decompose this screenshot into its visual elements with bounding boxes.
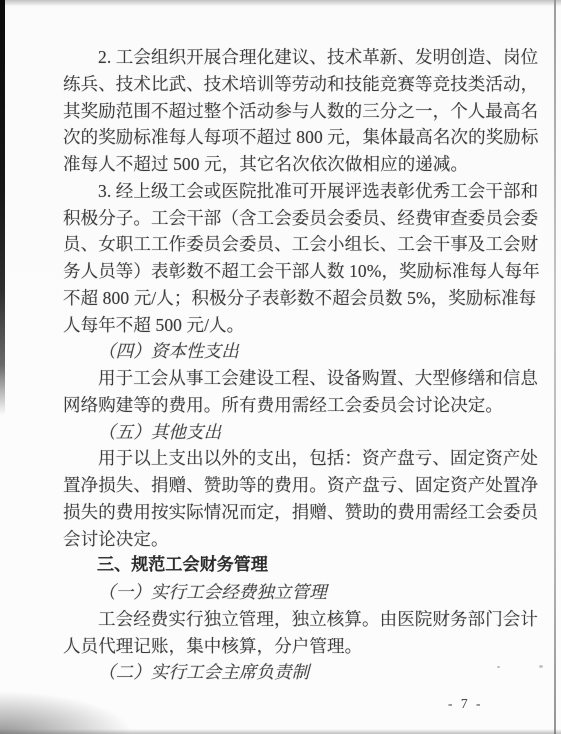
text-line: 员、女职工工作委员会委员、工会小组长、工会干事及工会财	[63, 231, 521, 258]
scan-bottom-shadow	[0, 729, 561, 734]
scan-top-shadow	[0, 0, 561, 6]
text-line: 用于以上支出以外的支出，包括：资产盘亏、固定资产处	[63, 445, 521, 472]
text-line: （二）实行工会主席负责制	[63, 659, 521, 686]
text-line: 其奖励范围不超过整个活动参与人数的三分之一，个人最高名	[63, 98, 521, 125]
text-line: 人每年不超 500 元/人。	[63, 312, 521, 339]
text-line: 用于工会从事工会建设工程、设备购置、大型修缮和信息	[63, 365, 521, 392]
text-line: 人员代理记账，集中核算，分户管理。	[63, 633, 521, 660]
scan-speck	[539, 665, 543, 668]
text-line: 准每人不超过 500 元，其它名次依次做相应的递减。	[63, 151, 521, 178]
text-line: 务人员等）表彰数不超工会干部人数 10%，奖励标准每人每年	[63, 258, 521, 285]
text-line: 置净损失、捐赠、赞助等的费用。资产盘亏、固定资产处置净	[63, 472, 521, 499]
document-text-block: 2. 工会组织开展合理化建议、技术革新、发明创造、岗位练兵、技术比武、技术培训等…	[63, 44, 521, 686]
text-line: 积极分子。工会干部（含工会委员会委员、经费审查委员会委	[63, 205, 521, 232]
text-line: 网络购建等的费用。所有费用需经工会委员会讨论决定。	[63, 392, 521, 419]
text-line: 不超 800 元/人；积极分子表彰数不超会员数 5%，奖励标准每	[63, 285, 521, 312]
text-line: 损失的费用按实际情况而定，捐赠、赞助的费用需经工会委员	[63, 499, 521, 526]
text-line: （一）实行工会经费独立管理	[63, 579, 521, 606]
text-line: 三、规范工会财务管理	[63, 552, 521, 579]
text-line: 工会经费实行独立管理，独立核算。由医院财务部门会计	[63, 606, 521, 633]
scan-bottom-left-shadow	[0, 692, 130, 734]
text-line: 会讨论决定。	[63, 526, 521, 553]
scanned-document-page: 2. 工会组织开展合理化建议、技术革新、发明创造、岗位练兵、技术比武、技术培训等…	[0, 0, 561, 734]
text-line: 练兵、技术比武、技术培训等劳动和技能竞赛等竞技类活动，	[63, 71, 521, 98]
text-line: （四）资本性支出	[63, 338, 521, 365]
scan-left-black-strip	[0, 0, 5, 415]
text-line: （五）其他支出	[63, 419, 521, 446]
scan-right-edge-line	[554, 0, 556, 734]
text-line: 次的奖励标准每人每项不超过 800 元，集体最高名次的奖励标	[63, 124, 521, 151]
text-line: 3. 经上级工会或医院批准可开展评选表彰优秀工会干部和	[63, 178, 521, 205]
page-number: - 7 -	[448, 696, 483, 712]
text-line: 2. 工会组织开展合理化建议、技术革新、发明创造、岗位	[63, 44, 521, 71]
